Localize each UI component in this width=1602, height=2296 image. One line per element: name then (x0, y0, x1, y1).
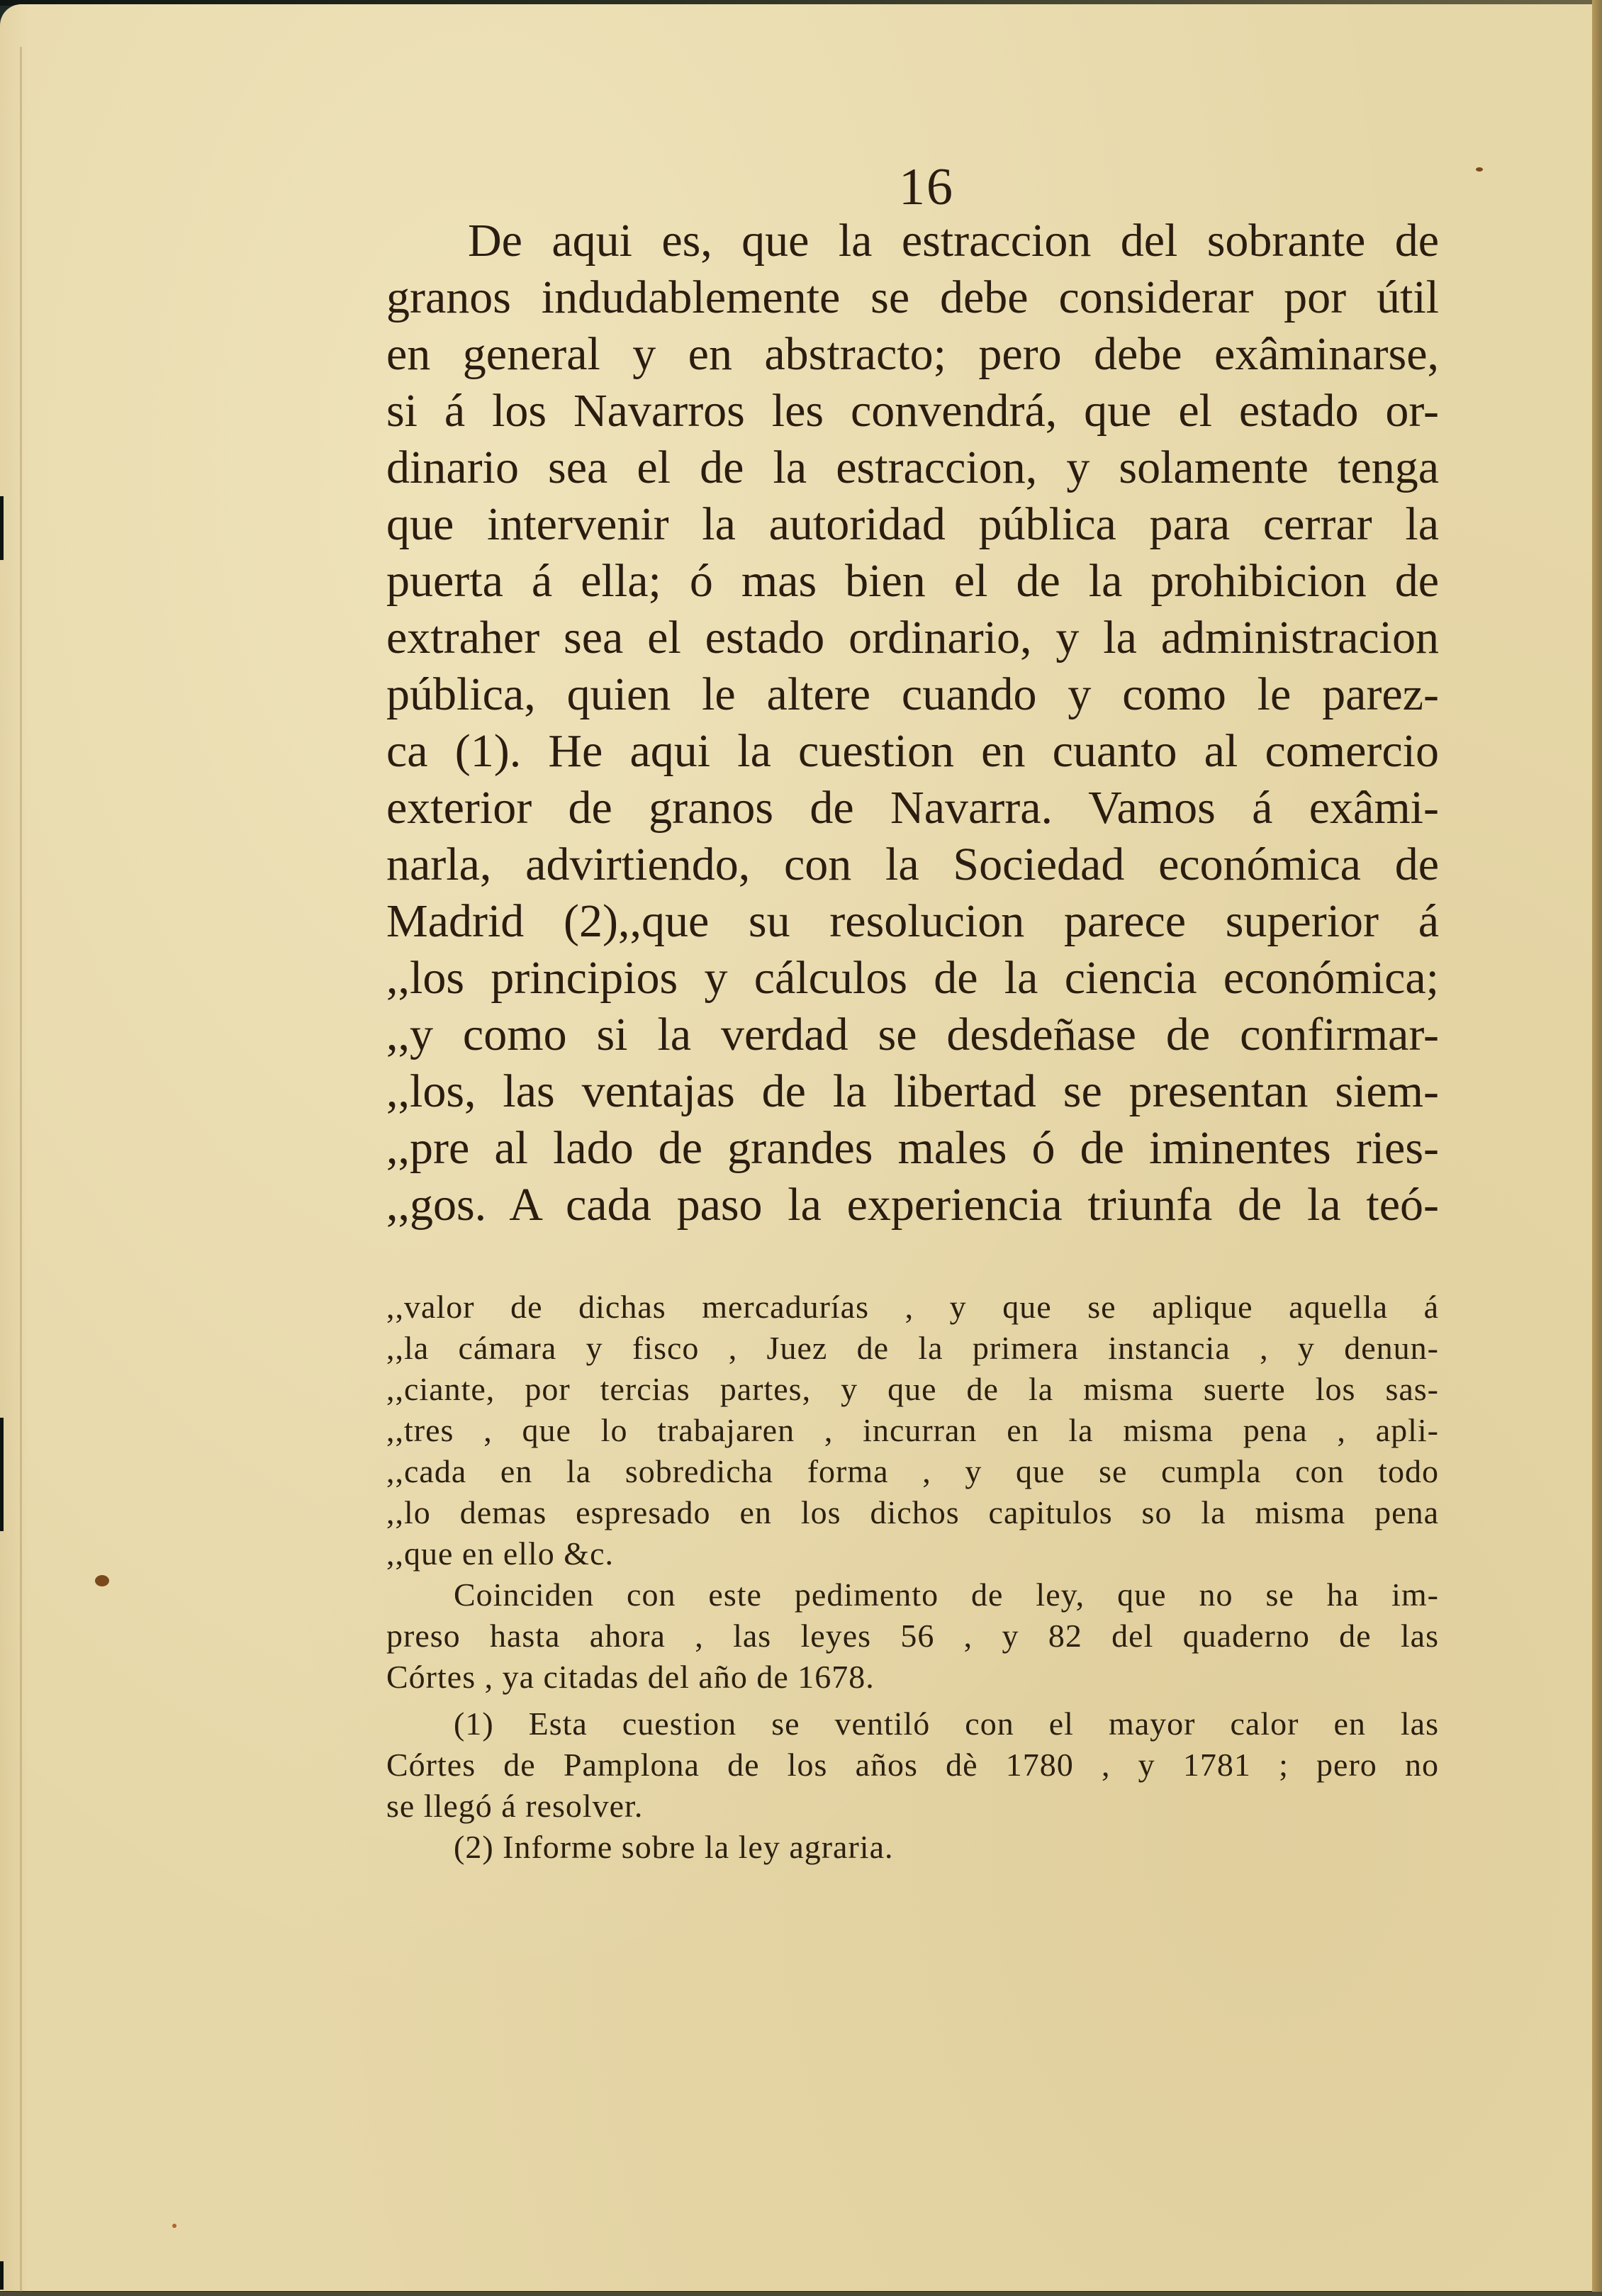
paper-speck (172, 2224, 177, 2228)
text-line: pública, quien le altere cuando y como l… (386, 666, 1439, 723)
footnote-line: se llegó á resolver. (386, 1786, 1439, 1827)
footnote-line: ,,que en ello &c. (386, 1533, 1439, 1574)
footnote-1: (1) Esta cuestion se ventiló con el mayo… (386, 1703, 1439, 1827)
paper-speck (95, 1575, 109, 1586)
footnote-line: (1) Esta cuestion se ventiló con el mayo… (386, 1703, 1439, 1745)
footnotes-block: ,,valor de dichas mercadurías , y que se… (386, 1287, 1439, 1868)
page-fold-line (20, 47, 22, 2294)
footnote-line: preso hasta ahora , las leyes 56 , y 82 … (386, 1615, 1439, 1657)
text-line: granos indudablemente se debe considerar… (386, 269, 1439, 326)
page-bottom-edge (0, 2292, 1602, 2296)
footnote-line: (2) Informe sobre la ley agraria. (386, 1827, 1439, 1868)
footnote-line: ,,ciante, por tercias partes, y que de l… (386, 1369, 1439, 1410)
text-line: en general y en abstracto; pero debe exâ… (386, 326, 1439, 383)
text-line: ,,gos. A cada paso la experiencia triunf… (386, 1177, 1439, 1233)
text-line: ,,los, las ventajas de la libertad se pr… (386, 1063, 1439, 1120)
binding-edge-mark (0, 1418, 4, 1531)
text-line: ,,pre al lado de grandes males ó de imin… (386, 1120, 1439, 1177)
page-number: 16 (899, 157, 954, 218)
text-line: ,,y como si la verdad se desdeñase de co… (386, 1007, 1439, 1063)
text-line: si á los Navarros les convendrá, que el … (386, 383, 1439, 439)
binding-edge-mark (0, 496, 4, 560)
text-line: ,,los principios y cálculos de la cienci… (386, 950, 1439, 1007)
text-line: narla, advirtiendo, con la Sociedad econ… (386, 836, 1439, 893)
footnote-line: ,,tres , que lo trabajaren , incurran en… (386, 1410, 1439, 1451)
text-line: dinario sea el de la estraccion, y solam… (386, 439, 1439, 496)
footnote-line: ,,cada en la sobredicha forma , y que se… (386, 1451, 1439, 1492)
binding-edge-mark (0, 2261, 4, 2290)
text-line: exterior de granos de Navarra. Vamos á e… (386, 780, 1439, 836)
text-line: De aqui es, que la estraccion del sobran… (386, 213, 1439, 269)
footnote-line: Córtes de Pamplona de los años dè 1780 ,… (386, 1745, 1439, 1786)
text-line: ca (1). He aqui la cuestion en cuanto al… (386, 723, 1439, 780)
paper-speck (1476, 167, 1483, 172)
quote-continuation: ,,valor de dichas mercadurías , y que se… (386, 1287, 1439, 1574)
footnote-line: ,,la cámara y fisco , Juez de la primera… (386, 1328, 1439, 1369)
footnote-line: ,,lo demas espresado en los dichos capit… (386, 1492, 1439, 1533)
main-text-block: De aqui es, que la estraccion del sobran… (386, 213, 1439, 1233)
footnote-line: Córtes , ya citadas del año de 1678. (386, 1657, 1439, 1698)
text-line: extraher sea el estado ordinario, y la a… (386, 610, 1439, 666)
footnote-line: Coinciden con este pedimento de ley, que… (386, 1574, 1439, 1615)
text-line: que intervenir la autoridad pública para… (386, 496, 1439, 553)
text-line: puerta á ella; ó mas bien el de la prohi… (386, 553, 1439, 610)
footnote-line: ,,valor de dichas mercadurías , y que se… (386, 1287, 1439, 1328)
footnote-2: (2) Informe sobre la ley agraria. (386, 1827, 1439, 1868)
text-line: Madrid (2),,que su resolucion parece sup… (386, 893, 1439, 950)
coinciden-paragraph: Coinciden con este pedimento de ley, que… (386, 1574, 1439, 1698)
page-right-edge (1592, 0, 1602, 2296)
